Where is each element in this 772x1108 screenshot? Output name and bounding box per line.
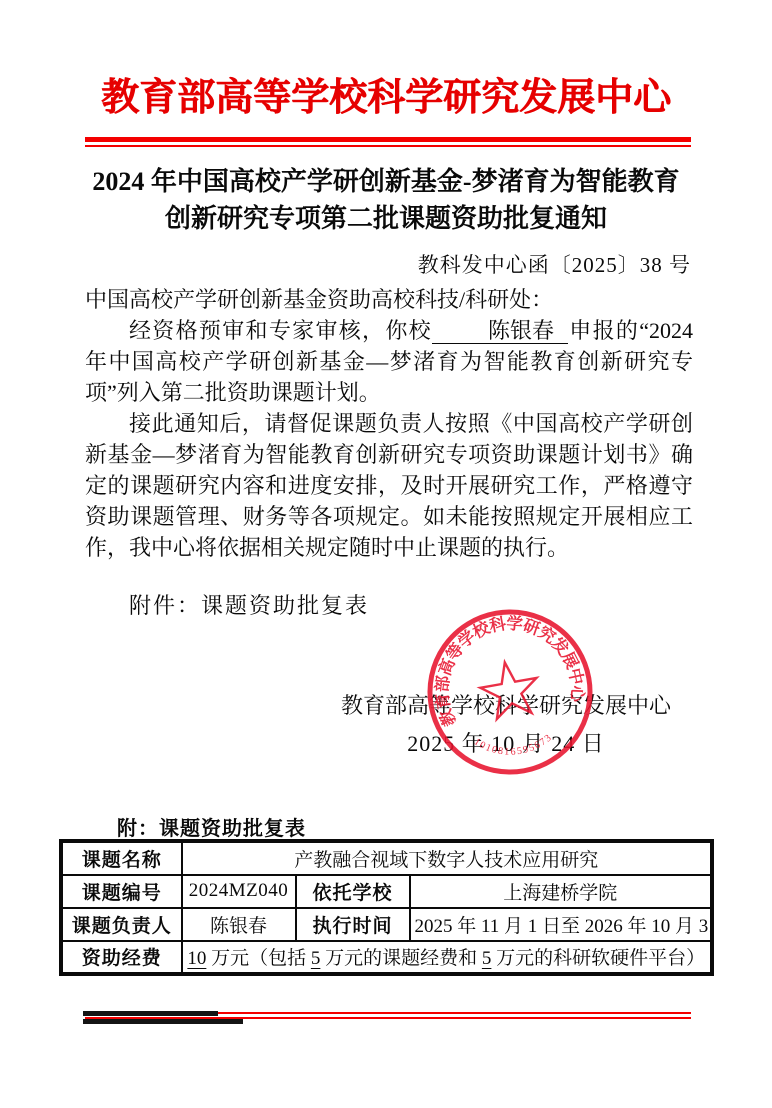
- document-body: 中国高校产学研创新基金资助高校科技/科研处： 经资格预审和专家审核，你校陈银春申…: [85, 284, 693, 621]
- document-title: 2024 年中国高校产学研创新基金-梦渚育为智能教育 创新研究专项第二批课题资助…: [60, 163, 712, 237]
- cell-value-project-id: 2024MZ040: [182, 875, 296, 908]
- scan-smudge: [83, 1019, 243, 1024]
- table-caption: 附：课题资助批复表: [117, 812, 306, 841]
- document-title-line1: 2024 年中国高校产学研创新基金-梦渚育为智能教育: [60, 163, 712, 200]
- paragraph-1: 经资格预审和专家审核，你校陈银春申报的“2024 年中国高校产学研创新基金—梦渚…: [85, 315, 693, 408]
- applicant-name-underlined: 陈银春: [432, 319, 568, 344]
- table-row-project-id: 课题编号 2024MZ040 依托学校 上海建桥学院: [62, 875, 712, 908]
- salutation-line: 中国高校产学研创新基金资助高校科技/科研处：: [85, 284, 693, 315]
- cell-value-execution-period: 2025 年 11 月 1 日至 2026 年 10 月 31 日: [410, 908, 712, 941]
- cell-label-project-id: 课题编号: [62, 875, 182, 908]
- letterhead-divider: [85, 137, 691, 147]
- cell-label-host-school: 依托学校: [296, 875, 410, 908]
- approval-table: 课题名称 产教融合视域下数字人技术应用研究 课题编号 2024MZ040 依托学…: [60, 840, 713, 975]
- paragraph-2: 接此通知后，请督促课题负责人按照《中国高校产学研创新基金—梦渚育为智能教育创新研…: [85, 408, 693, 563]
- cell-label-project-name: 课题名称: [62, 842, 182, 875]
- table-row-project-leader: 课题负责人 陈银春 执行时间 2025 年 11 月 1 日至 2026 年 1…: [62, 908, 712, 941]
- cell-value-project-name: 产教融合视域下数字人技术应用研究: [182, 842, 712, 875]
- table-row-project-name: 课题名称 产教融合视域下数字人技术应用研究: [62, 842, 712, 875]
- signature-date: 2025 年 10 月 24 日: [330, 729, 682, 759]
- table-row-funding: 资助经费 10 万元（包括 5 万元的课题经费和 5 万元的科研软硬件平台）: [62, 941, 712, 974]
- scan-smudge: [83, 1011, 218, 1016]
- document-number: 教科发中心函〔2025〕38 号: [85, 249, 691, 279]
- cell-label-funding: 资助经费: [62, 941, 182, 974]
- cell-value-funding: 10 万元（包括 5 万元的课题经费和 5 万元的科研软硬件平台）: [182, 941, 712, 974]
- letterhead-org-name: 教育部高等学校科学研究发展中心: [0, 66, 772, 121]
- signature-block: 教育部高等学校科学研究发展中心 2025 年 10 月 24 日: [330, 691, 682, 759]
- document-title-line2: 创新研究专项第二批课题资助批复通知: [60, 200, 712, 237]
- divider-thin-line: [85, 145, 691, 147]
- signature-org: 教育部高等学校科学研究发展中心: [330, 691, 682, 721]
- cell-label-execution-period: 执行时间: [296, 908, 410, 941]
- cell-label-project-leader: 课题负责人: [62, 908, 182, 941]
- cell-value-project-leader: 陈银春: [182, 908, 296, 941]
- scanned-document-page: 教育部高等学校科学研究发展中心 2024 年中国高校产学研创新基金-梦渚育为智能…: [0, 0, 772, 1108]
- attachment-note: 附件：课题资助批复表: [85, 590, 693, 621]
- cell-value-host-school: 上海建桥学院: [410, 875, 712, 908]
